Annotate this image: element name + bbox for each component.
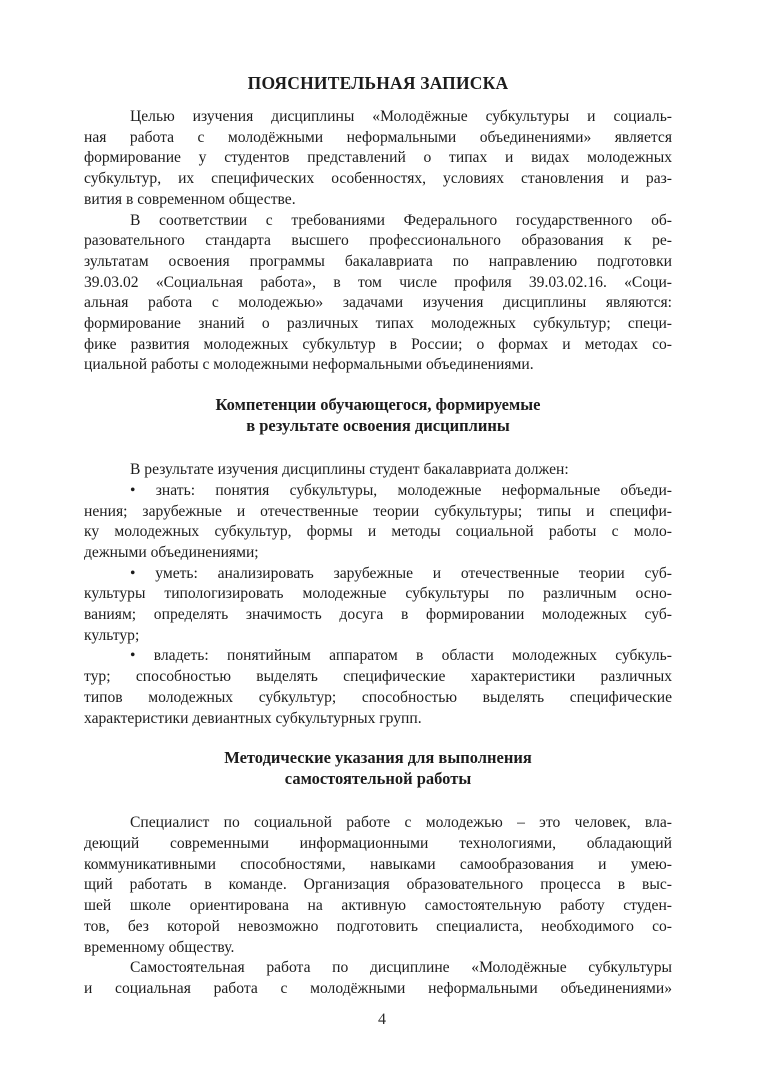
paragraph-line: характеристики девиантных субкультурных … xyxy=(84,709,672,730)
document-page: ПОЯСНИТЕЛЬНАЯ ЗАПИСКАЦелью изучения дисц… xyxy=(0,0,764,1080)
paragraph-line: В соответствии с требованиями Федерально… xyxy=(84,211,672,232)
paragraph: • знать: понятия субкультуры, молодежные… xyxy=(84,481,672,564)
paragraph-line: дежными объединениями; xyxy=(84,543,672,564)
paragraph-line: тур; способностью выделять специфические… xyxy=(84,667,672,688)
paragraph: Специалист по социальной работе с молоде… xyxy=(84,813,672,958)
document-title: ПОЯСНИТЕЛЬНАЯ ЗАПИСКА xyxy=(84,72,672,94)
paragraph: Целью изучения дисциплины «Молодёжные су… xyxy=(84,107,672,211)
paragraph-line: шей школе ориентирована на активную само… xyxy=(84,896,672,917)
paragraph-line: альная работа с молодежью» задачами изуч… xyxy=(84,293,672,314)
page-number: 4 xyxy=(0,1010,764,1030)
paragraph-line: ваниям; определять значимость досуга в ф… xyxy=(84,605,672,626)
paragraph-line: Целью изучения дисциплины «Молодёжные су… xyxy=(84,107,672,128)
paragraph-line: зультатам освоения программы бакалавриат… xyxy=(84,252,672,273)
paragraph-line: Самостоятельная работа по дисциплине «Мо… xyxy=(84,958,672,979)
section-heading: Компетенции обучающегося, формируемыев р… xyxy=(84,394,672,436)
paragraph-line: 39.03.02 «Социальная работа», в том числ… xyxy=(84,273,672,294)
paragraph-line: разовательного стандарта высшего професс… xyxy=(84,231,672,252)
paragraph-line: ку молодежных субкультур, формы и методы… xyxy=(84,522,672,543)
paragraph-line: • владеть: понятийным аппаратом в област… xyxy=(84,646,672,667)
paragraph-line: В результате изучения дисциплины студент… xyxy=(84,460,672,481)
paragraph-line: культуры типологизировать молодежные суб… xyxy=(84,584,672,605)
heading-line: Компетенции обучающегося, формируемые xyxy=(84,394,672,415)
paragraph: В результате изучения дисциплины студент… xyxy=(84,460,672,481)
paragraph-line: формирование у студентов представлений о… xyxy=(84,148,672,169)
paragraph-line: коммуникативными способностями, навыками… xyxy=(84,855,672,876)
paragraph-line: тов, без которой невозможно подготовить … xyxy=(84,917,672,938)
page-content: ПОЯСНИТЕЛЬНАЯ ЗАПИСКАЦелью изучения дисц… xyxy=(84,72,672,1000)
paragraph: • владеть: понятийным аппаратом в област… xyxy=(84,646,672,729)
paragraph-line: нения; зарубежные и отечественные теории… xyxy=(84,502,672,523)
paragraph-line: временному обществу. xyxy=(84,938,672,959)
paragraph-line: типов молодежных субкультур; способность… xyxy=(84,688,672,709)
paragraph-line: вития в современном обществе. xyxy=(84,190,672,211)
paragraph-line: и социальная работа с молодёжными неформ… xyxy=(84,979,672,1000)
heading-line: Методические указания для выполнения xyxy=(84,747,672,768)
paragraph: В соответствии с требованиями Федерально… xyxy=(84,211,672,377)
paragraph-line: субкультур, их специфических особенностя… xyxy=(84,169,672,190)
paragraph-line: щий работать в команде. Организация обра… xyxy=(84,875,672,896)
paragraph-line: культур; xyxy=(84,626,672,647)
paragraph-line: Специалист по социальной работе с молоде… xyxy=(84,813,672,834)
heading-line: самостоятельной работы xyxy=(84,768,672,789)
paragraph: • уметь: анализировать зарубежные и отеч… xyxy=(84,564,672,647)
paragraph-line: ная работа с молодёжными неформальными о… xyxy=(84,128,672,149)
paragraph-line: формирование знаний о различных типах мо… xyxy=(84,314,672,335)
section-heading: Методические указания для выполнениясамо… xyxy=(84,747,672,789)
heading-line: в результате освоения дисциплины xyxy=(84,415,672,436)
heading-line: ПОЯСНИТЕЛЬНАЯ ЗАПИСКА xyxy=(84,72,672,94)
paragraph-line: фике развития молодежных субкультур в Ро… xyxy=(84,335,672,356)
paragraph-line: • знать: понятия субкультуры, молодежные… xyxy=(84,481,672,502)
paragraph-line: • уметь: анализировать зарубежные и отеч… xyxy=(84,564,672,585)
paragraph-line: деющий современными информационными техн… xyxy=(84,834,672,855)
paragraph: Самостоятельная работа по дисциплине «Мо… xyxy=(84,958,672,999)
paragraph-line: циальной работы с молодежными неформальн… xyxy=(84,355,672,376)
